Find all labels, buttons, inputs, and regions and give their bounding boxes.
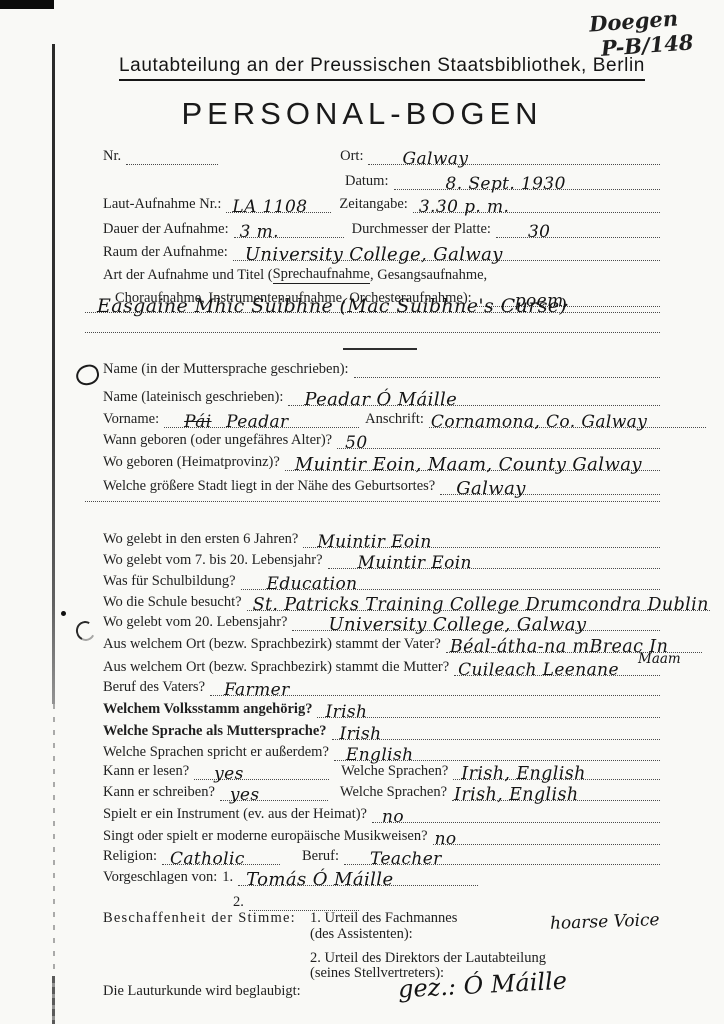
field-row-volksstamm: Welchem Volksstamm angehörig? Irish	[103, 698, 660, 718]
field-row-vorgeschlagen-2: 2.	[103, 891, 660, 911]
vorgeschlagen-num2: 2.	[233, 894, 249, 911]
handwritten-schreiben: yes	[230, 787, 260, 804]
from20-label: Wo gelebt vom 20. Lebensjahr?	[103, 614, 292, 631]
stimme-label: Beschaffenheit der Stimme:	[103, 910, 296, 927]
field-row-empty-1	[85, 313, 660, 333]
first6-label: Wo gelebt in den ersten 6 Jahren?	[103, 531, 303, 548]
scan-artifact-dot	[61, 611, 66, 616]
field-row-wann-geboren: Wann geboren (oder ungefähres Alter)? 50	[103, 429, 660, 449]
field-row-weitere-sprachen: Welche Sprachen spricht er außerdem? Eng…	[103, 741, 660, 761]
muttersprache-label: Welche Sprache als Muttersprache?	[103, 723, 332, 740]
dotted-line-from7: Muintir Eoin	[328, 550, 660, 569]
handwritten-dauer: 3 m.	[240, 224, 279, 241]
urteil1-line1: 1. Urteil des Fachmannes	[310, 910, 457, 927]
dotted-line-ort: Galway	[368, 146, 660, 165]
dotted-blank-line	[85, 314, 660, 333]
durchmesser-label: Durchmesser der Platte:	[352, 221, 496, 238]
nr-label: Nr.	[103, 148, 126, 165]
vorgeschlagen-num1: 1.	[222, 869, 238, 886]
dotted-line-name-latein: Peadar Ó Máille	[288, 387, 660, 406]
field-row-raum: Raum der Aufnahme: University College, G…	[103, 241, 660, 261]
mutter-ort-label: Aus welchem Ort (bezw. Sprachbezirk) sta…	[103, 659, 454, 676]
scan-artifact-vertical-line-faint	[53, 704, 55, 976]
field-row-mutter-ort: Aus welchem Ort (bezw. Sprachbezirk) sta…	[103, 656, 660, 676]
handwritten-schreiben-sprachen: Irish, English	[454, 787, 579, 805]
dotted-line-beruf-vater: Farmer	[210, 677, 660, 696]
handwritten-name-latein: Peadar Ó Máille	[304, 391, 457, 409]
dotted-line-zeit: 3.30 p. m.	[413, 194, 660, 213]
field-row-first6: Wo gelebt in den ersten 6 Jahren? Muinti…	[103, 528, 660, 548]
dotted-line-wo-geboren: Muintir Eoin, Maam, County Galway	[285, 452, 660, 471]
field-row-vorgeschlagen-1: Vorgeschlagen von: 1. Tomás Ó Máille	[103, 866, 660, 886]
dotted-line-vorname: Pái Peadar	[164, 409, 359, 428]
dotted-line-from20: University College, Galway	[292, 612, 660, 631]
vorgeschlagen-label: Vorgeschlagen von:	[103, 869, 222, 886]
institution-header: Lautabteilung an der Preussischen Staats…	[70, 55, 694, 77]
dotted-line-lesen-sprachen: Irish, English	[453, 761, 660, 780]
handwritten-lautnr: LA 1108	[232, 199, 307, 216]
dotted-blank-line	[85, 483, 660, 502]
handwritten-durchmesser: 30	[528, 224, 550, 241]
lautnr-label: Laut-Aufnahme Nr.:	[103, 196, 226, 213]
lesen-label: Kann er lesen?	[103, 763, 194, 780]
zeit-label: Zeitangabe:	[339, 196, 412, 213]
handwritten-raum: University College, Galway	[245, 246, 503, 264]
field-row-name-mutter: Name (in der Muttersprache geschrieben):	[103, 358, 660, 378]
schreiben-label: Kann er schreiben?	[103, 784, 220, 801]
dotted-line-schreiben-sprachen: Irish, English	[452, 782, 660, 801]
dotted-line-title: Easgaine Mhic Suibhne (Mac Suibhne's Cur…	[85, 294, 660, 313]
raum-label: Raum der Aufnahme:	[103, 244, 233, 261]
dotted-line-lautnr: LA 1108	[226, 194, 331, 213]
dotted-line-weitere: English	[334, 742, 660, 761]
anschrift-label: Anschrift:	[365, 411, 429, 428]
dotted-line-schreiben: yes	[220, 782, 328, 801]
dotted-line-first6: Muintir Eoin	[303, 529, 660, 548]
dotted-line-dauer: 3 m.	[234, 219, 344, 238]
name-latein-label: Name (lateinisch geschrieben):	[103, 389, 288, 406]
dotted-blank-vorgeschlagen-2	[249, 892, 359, 911]
dotted-line-volksstamm: Irish	[317, 699, 660, 718]
institution-name: Lautabteilung an der Preussischen Staats…	[119, 55, 645, 81]
musik-label: Singt oder spielt er moderne europäische…	[103, 828, 433, 845]
field-row-muttersprache: Welche Sprache als Muttersprache? Irish	[103, 720, 660, 740]
dotted-line-instrument: no	[372, 804, 660, 823]
dotted-line-raum: University College, Galway	[233, 242, 660, 261]
handwritten-from20: University College, Galway	[328, 616, 586, 634]
dotted-line-anschrift: Cornamona, Co. Galway	[429, 409, 706, 428]
field-row-from7: Wo gelebt vom 7. bis 20. Lebensjahr? Mui…	[103, 549, 660, 569]
dauer-label: Dauer der Aufnahme:	[103, 221, 234, 238]
volksstamm-label: Welchem Volksstamm angehörig?	[103, 701, 317, 718]
dotted-blank-name-mutter	[354, 359, 660, 378]
art-label-pre: Art der Aufnahme und Titel (	[103, 267, 273, 284]
scanned-personal-bogen-form: Doegen P-B/148 Lautabteilung an der Preu…	[0, 0, 724, 1024]
field-row-schule: Wo die Schule besucht? St. Patricks Trai…	[103, 591, 710, 611]
field-row-religion-beruf: Religion: Catholic Beruf: Teacher	[103, 845, 660, 865]
dotted-line-wann: 50	[337, 430, 660, 449]
art-label-sprechaufnahme: Sprechaufnahme	[273, 266, 370, 284]
field-row-nr-ort: Nr. Ort: Galway	[103, 145, 660, 165]
field-row-dauer-durchmesser: Dauer der Aufnahme: 3 m. Durchmesser der…	[103, 218, 660, 238]
handwritten-zeit: 3.30 p. m.	[419, 199, 509, 216]
vorname-label: Vorname:	[103, 411, 164, 428]
handwritten-archive-note: Doegen P-B/148	[588, 4, 694, 61]
wann-geboren-label: Wann geboren (oder ungefähres Alter)?	[103, 432, 337, 449]
field-row-beruf-vater: Beruf des Vaters? Farmer	[103, 676, 660, 696]
field-row-wo-geboren: Wo geboren (Heimatprovinz)? Muintir Eoin…	[103, 451, 660, 471]
beglaubigt-label: Die Lauturkunde wird beglaubigt:	[103, 983, 301, 1000]
field-row-vorname-anschrift: Vorname: Pái Peadar Anschrift: Cornamona…	[103, 408, 706, 428]
handwritten-volksstamm: Irish	[325, 704, 367, 721]
urteil1-line2: (des Assistenten):	[310, 926, 413, 943]
field-row-from20: Wo gelebt vom 20. Lebensjahr? University…	[103, 611, 660, 631]
field-row-schulbildung: Was für Schulbildung? Education	[103, 570, 660, 590]
scan-artifact-corner-bar	[0, 0, 54, 9]
handwritten-ort: Galway	[402, 151, 468, 168]
schulbildung-label: Was für Schulbildung?	[103, 573, 241, 590]
beruf-label: Beruf:	[302, 848, 344, 865]
dotted-line-durchmesser: 30	[496, 219, 660, 238]
art-label-post: , Gesangsaufnahme,	[370, 267, 487, 284]
lesen-sprachen-label: Welche Sprachen?	[341, 763, 453, 780]
vater-ort-label: Aus welchem Ort (bezw. Sprachbezirk) sta…	[103, 636, 446, 653]
field-row-recording-title: Easgaine Mhic Suibhne (Mac Suibhne's Cur…	[85, 293, 660, 313]
dotted-line-datum: 8. Sept. 1930	[394, 171, 661, 190]
section-divider	[343, 348, 417, 350]
dotted-line-vorgeschlagen-1: Tomás Ó Máille	[238, 867, 478, 886]
name-mutter-label: Name (in der Muttersprache geschrieben):	[103, 361, 354, 378]
scan-artifact-ring-mark	[74, 363, 101, 388]
beruf-vater-label: Beruf des Vaters?	[103, 679, 210, 696]
handwritten-vorgeschlagen-1: Tomás Ó Máille	[246, 871, 393, 889]
scan-artifact-vertical-line-bottom	[52, 976, 55, 1024]
dotted-line-mutter-ort: Cuileach Leenane	[454, 657, 660, 676]
handwritten-vater-ort: Béal-átha-na mBreac In	[450, 639, 668, 657]
field-row-empty-2	[85, 482, 660, 502]
schule-label: Wo die Schule besucht?	[103, 594, 247, 611]
from7-label: Wo gelebt vom 7. bis 20. Lebensjahr?	[103, 552, 328, 569]
dotted-line-religion: Catholic	[162, 846, 280, 865]
scan-artifact-vertical-line	[52, 44, 55, 704]
handwritten-wo-geboren: Muintir Eoin, Maam, County Galway	[295, 456, 642, 474]
handwritten-datum: 8. Sept. 1930	[446, 176, 566, 193]
field-row-schreiben: Kann er schreiben? yes Welche Sprachen? …	[103, 781, 660, 801]
field-row-art-line1: Art der Aufnahme und Titel ( Sprechaufna…	[103, 264, 660, 284]
datum-label: Datum:	[345, 173, 394, 190]
instrument-label: Spielt er ein Instrument (ev. aus der He…	[103, 806, 372, 823]
dotted-line-muttersprache: Irish	[332, 721, 660, 740]
wo-geboren-label: Wo geboren (Heimatprovinz)?	[103, 454, 285, 471]
field-row-lesen: Kann er lesen? yes Welche Sprachen? Iris…	[103, 760, 660, 780]
schreiben-sprachen-label: Welche Sprachen?	[340, 784, 452, 801]
scan-artifact-c-mark	[73, 619, 97, 644]
field-row-lautnr-zeit: Laut-Aufnahme Nr.: LA 1108 Zeitangabe: 3…	[103, 193, 660, 213]
ort-label: Ort:	[340, 148, 368, 165]
religion-label: Religion:	[103, 848, 162, 865]
handwritten-alter: 50	[345, 435, 367, 452]
handwritten-beruf-vater: Farmer	[224, 682, 290, 699]
field-row-vater-ort: Aus welchem Ort (bezw. Sprachbezirk) sta…	[103, 633, 702, 653]
form-title: PERSONAL-BOGEN	[0, 96, 724, 132]
dotted-line-musik: no	[433, 826, 660, 845]
field-row-name-latein: Name (lateinisch geschrieben): Peadar Ó …	[103, 386, 660, 406]
field-row-datum: Datum: 8. Sept. 1930	[103, 170, 660, 190]
weitere-sprachen-label: Welche Sprachen spricht er außerdem?	[103, 744, 334, 761]
field-row-instrument: Spielt er ein Instrument (ev. aus der He…	[103, 803, 660, 823]
dotted-line-schulbildung: Education	[241, 571, 660, 590]
dotted-line-lesen: yes	[194, 761, 329, 780]
dotted-line-schule: St. Patricks Training College Drumcondra…	[247, 592, 710, 611]
field-row-musik: Singt oder spielt er moderne europäische…	[103, 825, 660, 845]
handwritten-instrument: no	[382, 809, 404, 826]
handwritten-voice-judgement: hoarse Voice	[550, 911, 660, 934]
dotted-blank-nr	[126, 146, 218, 165]
dotted-line-beruf: Teacher	[344, 846, 660, 865]
